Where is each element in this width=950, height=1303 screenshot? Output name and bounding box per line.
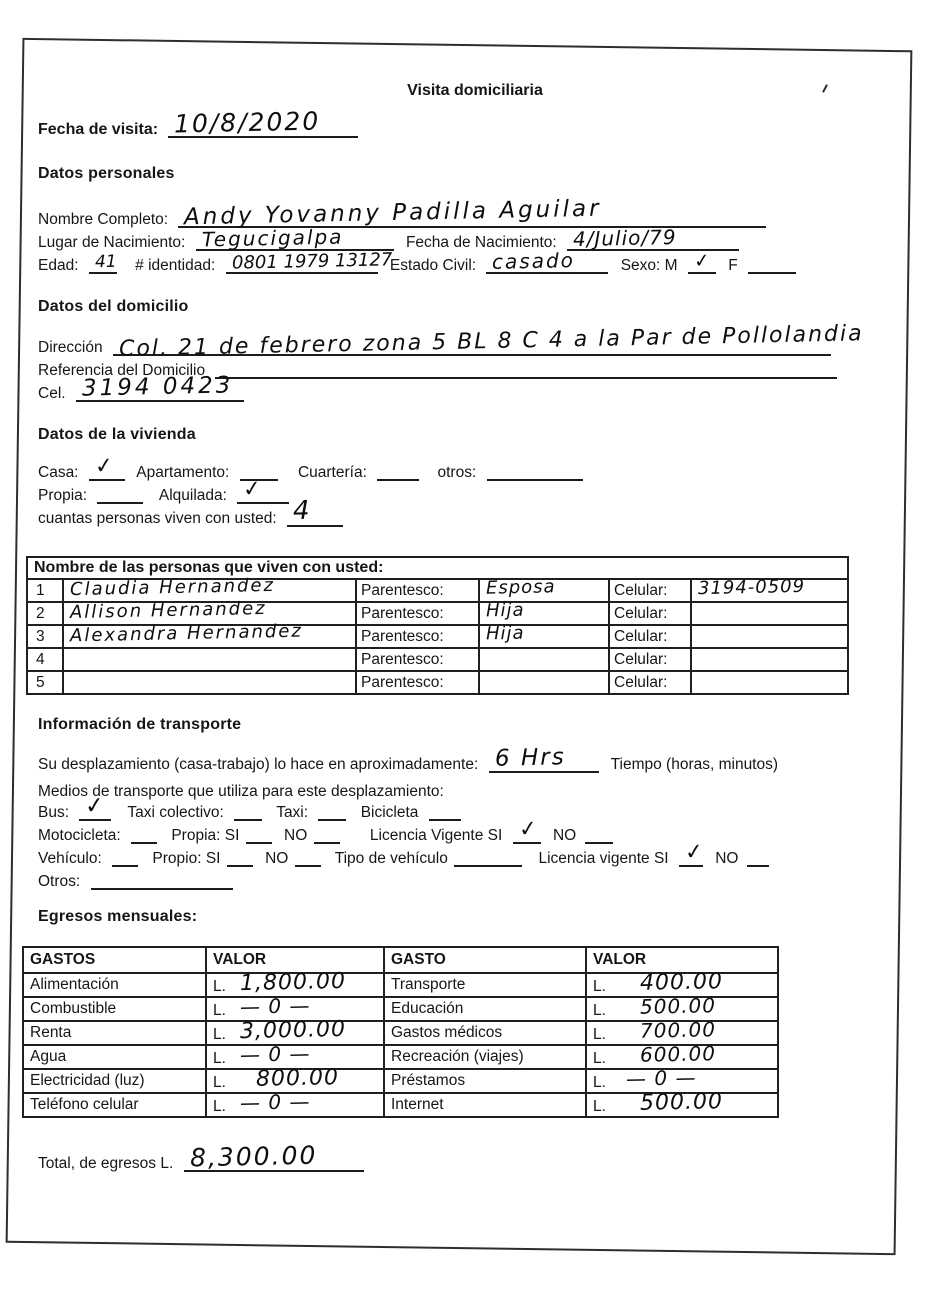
taxi-field <box>318 802 346 821</box>
casa-label: Casa: <box>38 464 79 481</box>
currency-prefix: L. <box>213 1074 226 1091</box>
cel-line: Cel. 3194 0423 <box>38 382 902 405</box>
persona-name-value: Claudia Hernandez <box>70 577 275 599</box>
persona-num: 3 <box>27 625 63 648</box>
parentesco-value-cell: Hija <box>479 625 609 648</box>
motocicleta-field <box>131 825 157 844</box>
casa-field: ✓ <box>89 462 125 481</box>
vehiculo-no-label: NO <box>265 850 288 867</box>
alquilada-field: ✓ <box>237 485 289 504</box>
gasto-label: Combustible <box>23 997 206 1021</box>
medios-line: Medios de transporte que utiliza para es… <box>38 780 902 803</box>
cuantas-personas-label: cuantas personas viven con usted: <box>38 510 277 527</box>
valor-value: 500.00 <box>640 995 716 1017</box>
valor-value: — 0 — <box>240 1091 311 1112</box>
currency-prefix: L. <box>213 1026 226 1043</box>
currency-prefix: L. <box>593 1074 606 1091</box>
valor-value: — 0 — <box>240 1043 311 1064</box>
casa-checkmark: ✓ <box>94 455 115 479</box>
parentesco-label-cell: Parentesco: <box>356 671 479 694</box>
valor-value: 1,800.00 <box>240 971 346 995</box>
vehiculo-propio-si-field <box>227 848 253 867</box>
egresos-col-gasto: GASTO <box>384 947 586 973</box>
cuantas-personas-field: 4 <box>287 508 343 527</box>
gasto-label: Recreación (viajes) <box>384 1045 586 1069</box>
nombre-label: Nombre Completo: <box>38 211 168 228</box>
parentesco-value: Esposa <box>486 578 556 597</box>
sexo-f-field <box>748 255 796 274</box>
total-value: 8,300.00 <box>189 1143 317 1171</box>
otros-transporte-line: Otros: <box>38 870 902 893</box>
desplazamiento-value: 6 Hrs <box>494 746 565 770</box>
parentesco-value-cell: Hija <box>479 602 609 625</box>
persona-row: 4 Parentesco: Celular: <box>27 648 848 671</box>
cuarteria-label: Cuartería: <box>298 464 367 481</box>
moto-propia-si-field <box>246 825 272 844</box>
bicicleta-label: Bicicleta <box>361 804 419 821</box>
currency-prefix: L. <box>213 978 226 995</box>
gasto-label: Renta <box>23 1021 206 1045</box>
identidad-field: 0801 1979 13127 <box>226 255 378 274</box>
vehiculo-propio-label: Propio: SI <box>152 850 220 867</box>
currency-prefix: L. <box>593 1026 606 1043</box>
gasto-label: Gastos médicos <box>384 1021 586 1045</box>
celular-label-cell: Celular: <box>609 579 691 602</box>
bus-label: Bus: <box>38 804 69 821</box>
datos-vivienda-heading: Datos de la vivienda <box>38 426 196 444</box>
vehiculo-field <box>112 848 138 867</box>
fecha-visita-value: 10/8/2020 <box>174 108 321 136</box>
edad-field: 41 <box>89 255 117 274</box>
direccion-field: Col. 21 de febrero zona 5 BL 8 C 4 a la … <box>113 337 831 356</box>
gasto-label: Internet <box>384 1093 586 1117</box>
datos-domicilio-heading: Datos del domicilio <box>38 298 189 316</box>
moto-licencia-no-label: NO <box>553 827 576 844</box>
cel-value: 3194 0423 <box>82 374 234 400</box>
egresos-heading: Egresos mensuales: <box>38 908 197 926</box>
currency-prefix: L. <box>213 1050 226 1067</box>
fecha-visita-line: Fecha de visita: 10/8/2020 <box>38 118 902 141</box>
celular-value-cell: 3194-0509 <box>691 579 848 602</box>
casa-line: Casa: ✓ Apartamento: Cuartería: otros: <box>38 461 902 484</box>
bicicleta-field <box>429 802 461 821</box>
bus-checkmark: ✓ <box>84 794 106 819</box>
total-label: Total, de egresos L. <box>38 1155 173 1172</box>
currency-prefix: L. <box>213 1002 226 1019</box>
taxi-colectivo-field <box>234 802 262 821</box>
propia-label: Propia: <box>38 487 87 504</box>
tiempo-label: Tiempo (horas, minutos) <box>611 756 778 773</box>
persona-name-cell <box>63 671 356 694</box>
veh-licencia-label: Licencia vigente SI <box>538 850 668 867</box>
sexo-f-label: F <box>728 257 737 274</box>
edad-value: 41 <box>95 254 117 271</box>
taxi-colectivo-label: Taxi colectivo: <box>127 804 223 821</box>
celular-value-cell <box>691 648 848 671</box>
persona-name-cell <box>63 648 356 671</box>
cel-label: Cel. <box>38 385 66 402</box>
parentesco-label-cell: Parentesco: <box>356 602 479 625</box>
otros-vivienda-label: otros: <box>438 464 477 481</box>
persona-row: 5 Parentesco: Celular: <box>27 671 848 694</box>
parentesco-label-cell: Parentesco: <box>356 579 479 602</box>
moto-propia-label: Propia: SI <box>171 827 239 844</box>
valor-value: 3,000.00 <box>240 1019 346 1043</box>
bus-field: ✓ <box>79 802 111 821</box>
currency-prefix: L. <box>593 1002 606 1019</box>
gasto-label: Agua <box>23 1045 206 1069</box>
celular-label-cell: Celular: <box>609 602 691 625</box>
veh-licencia-no-label: NO <box>715 850 738 867</box>
datos-personales-heading: Datos personales <box>38 165 175 183</box>
total-line: Total, de egresos L. 8,300.00 <box>38 1152 902 1175</box>
currency-prefix: L. <box>593 978 606 995</box>
fecha-visita-field: 10/8/2020 <box>168 119 358 138</box>
propia-line: Propia: Alquilada: ✓ <box>38 484 902 507</box>
veh-licencia-no-field <box>747 848 769 867</box>
fecha-visita-label: Fecha de visita: <box>38 121 158 138</box>
edad-label: Edad: <box>38 257 79 274</box>
gasto-label: Préstamos <box>384 1069 586 1093</box>
egresos-header-row: GASTOS VALOR GASTO VALOR <box>23 947 778 973</box>
alquilada-checkmark: ✓ <box>242 478 263 502</box>
currency-prefix: L. <box>213 1098 226 1115</box>
vehiculo-no-field <box>295 848 321 867</box>
cuantas-personas-value: 4 <box>293 498 311 524</box>
egresos-row: Teléfono celular L.— 0 — Internet L.500.… <box>23 1093 778 1117</box>
gasto-label: Teléfono celular <box>23 1093 206 1117</box>
celular-value: 3194-0509 <box>698 578 805 598</box>
celular-label-cell: Celular: <box>609 648 691 671</box>
estado-civil-value: casado <box>492 250 575 272</box>
taxi-label: Taxi: <box>276 804 308 821</box>
valor-value: 400.00 <box>640 971 723 995</box>
veh-licencia-si-field: ✓ <box>679 848 703 867</box>
persona-num: 2 <box>27 602 63 625</box>
motocicleta-line: Motocicleta: Propia: SI NO Licencia Vige… <box>38 824 902 847</box>
scanned-page: Visita domiciliaria Fecha de visita: 10/… <box>0 0 950 1303</box>
veh-licencia-checkmark: ✓ <box>684 841 705 865</box>
otros-transporte-field <box>91 871 233 890</box>
valor-cell: L.500.00 <box>586 1093 778 1117</box>
apartamento-label: Apartamento: <box>136 464 229 481</box>
vehiculo-label: Vehículo: <box>38 850 102 867</box>
valor-value: — 0 — <box>626 1067 697 1088</box>
moto-no-label: NO <box>284 827 307 844</box>
persona-num: 1 <box>27 579 63 602</box>
vehiculo-line: Vehículo: Propio: SI NO Tipo de vehículo… <box>38 847 902 870</box>
otros-vivienda-field <box>487 462 583 481</box>
valor-value: 700.00 <box>640 1019 716 1041</box>
valor-cell: L.— 0 — <box>206 1093 384 1117</box>
desplazamiento-field: 6 Hrs <box>489 754 599 773</box>
parentesco-label-cell: Parentesco: <box>356 625 479 648</box>
sexo-m-field: ✓ <box>688 255 716 274</box>
valor-value: — 0 — <box>240 995 311 1016</box>
gasto-label: Transporte <box>384 973 586 997</box>
parentesco-value: Hija <box>486 602 525 621</box>
personas-table: Nombre de las personas que viven con ust… <box>26 556 849 695</box>
bus-line: Bus: ✓ Taxi colectivo: Taxi: Bicicleta <box>38 801 902 824</box>
persona-name-value: Allison Hernandez <box>70 600 267 622</box>
cel-field: 3194 0423 <box>76 383 244 402</box>
moto-licencia-no-field <box>585 825 613 844</box>
fecha-nacimiento-value: 4/Julio/79 <box>573 227 677 249</box>
currency-prefix: L. <box>593 1098 606 1115</box>
edad-identidad-line: Edad: 41 # identidad: 0801 1979 13127 Es… <box>38 254 902 277</box>
alquilada-label: Alquilada: <box>159 487 227 504</box>
tipo-vehiculo-label: Tipo de vehículo <box>335 850 448 867</box>
persona-name-value: Alexandra Hernandez <box>70 623 303 646</box>
parentesco-label-cell: Parentesco: <box>356 648 479 671</box>
gasto-label: Alimentación <box>23 973 206 997</box>
persona-row: 2 Allison Hernandez Parentesco: Hija Cel… <box>27 602 848 625</box>
sexo-label: Sexo: M <box>621 257 678 274</box>
moto-licencia-si-field: ✓ <box>513 825 541 844</box>
page-title: Visita domiciliaria <box>0 82 950 100</box>
personas-table-header: Nombre de las personas que viven con ust… <box>27 557 848 579</box>
lugar-nacimiento-field: Tegucigalpa <box>196 232 394 251</box>
direccion-label: Dirección <box>38 339 103 356</box>
parentesco-value-cell <box>479 648 609 671</box>
persona-row: 1 Claudia Hernandez Parentesco: Esposa C… <box>27 579 848 602</box>
persona-row: 3 Alexandra Hernandez Parentesco: Hija C… <box>27 625 848 648</box>
currency-prefix: L. <box>593 1050 606 1067</box>
tipo-vehiculo-field <box>454 848 522 867</box>
lugar-nacimiento-line: Lugar de Nacimiento: Tegucigalpa Fecha d… <box>38 231 902 254</box>
referencia-field <box>215 360 837 379</box>
desplazamiento-line: Su desplazamiento (casa-trabajo) lo hace… <box>38 753 902 776</box>
cuantas-personas-line: cuantas personas viven con usted: 4 <box>38 507 902 530</box>
egresos-col-gastos: GASTOS <box>23 947 206 973</box>
celular-value-cell <box>691 602 848 625</box>
transporte-heading: Información de transporte <box>38 716 241 734</box>
otros-transporte-label: Otros: <box>38 873 80 890</box>
estado-civil-field: casado <box>486 255 608 274</box>
lugar-nacimiento-label: Lugar de Nacimiento: <box>38 234 185 251</box>
desplazamiento-label: Su desplazamiento (casa-trabajo) lo hace… <box>38 756 478 773</box>
direccion-line: Dirección Col. 21 de febrero zona 5 BL 8… <box>38 336 902 359</box>
persona-num: 5 <box>27 671 63 694</box>
parentesco-value: Hija <box>486 625 525 644</box>
valor-value: 600.00 <box>640 1043 716 1065</box>
gasto-label: Electricidad (luz) <box>23 1069 206 1093</box>
fecha-nacimiento-field: 4/Julio/79 <box>567 232 739 251</box>
identidad-value: 0801 1979 13127 <box>231 251 392 272</box>
celular-label-cell: Celular: <box>609 671 691 694</box>
egresos-table: GASTOS VALOR GASTO VALOR Alimentación L.… <box>22 946 779 1118</box>
identidad-label: # identidad: <box>135 257 215 274</box>
estado-civil-label: Estado Civil: <box>390 257 476 274</box>
parentesco-value-cell <box>479 671 609 694</box>
parentesco-value-cell: Esposa <box>479 579 609 602</box>
celular-value-cell <box>691 625 848 648</box>
sexo-m-checkmark: ✓ <box>693 251 711 272</box>
valor-value: 800.00 <box>256 1067 339 1091</box>
total-field: 8,300.00 <box>184 1153 364 1172</box>
moto-licencia-checkmark: ✓ <box>518 818 539 842</box>
nombre-line: Nombre Completo: Andy Yovanny Padilla Ag… <box>38 208 902 231</box>
moto-licencia-label: Licencia Vigente SI <box>370 827 502 844</box>
celular-value-cell <box>691 671 848 694</box>
gasto-label: Educación <box>384 997 586 1021</box>
persona-name-cell: Alexandra Hernandez <box>63 625 356 648</box>
nombre-value: Andy Yovanny Padilla Aguilar <box>184 198 602 230</box>
moto-no-field <box>314 825 340 844</box>
propia-field <box>97 485 143 504</box>
cuarteria-field <box>377 462 419 481</box>
motocicleta-label: Motocicleta: <box>38 827 121 844</box>
persona-num: 4 <box>27 648 63 671</box>
lugar-nacimiento-value: Tegucigalpa <box>201 227 343 250</box>
valor-value: 500.00 <box>640 1091 723 1115</box>
celular-label-cell: Celular: <box>609 625 691 648</box>
